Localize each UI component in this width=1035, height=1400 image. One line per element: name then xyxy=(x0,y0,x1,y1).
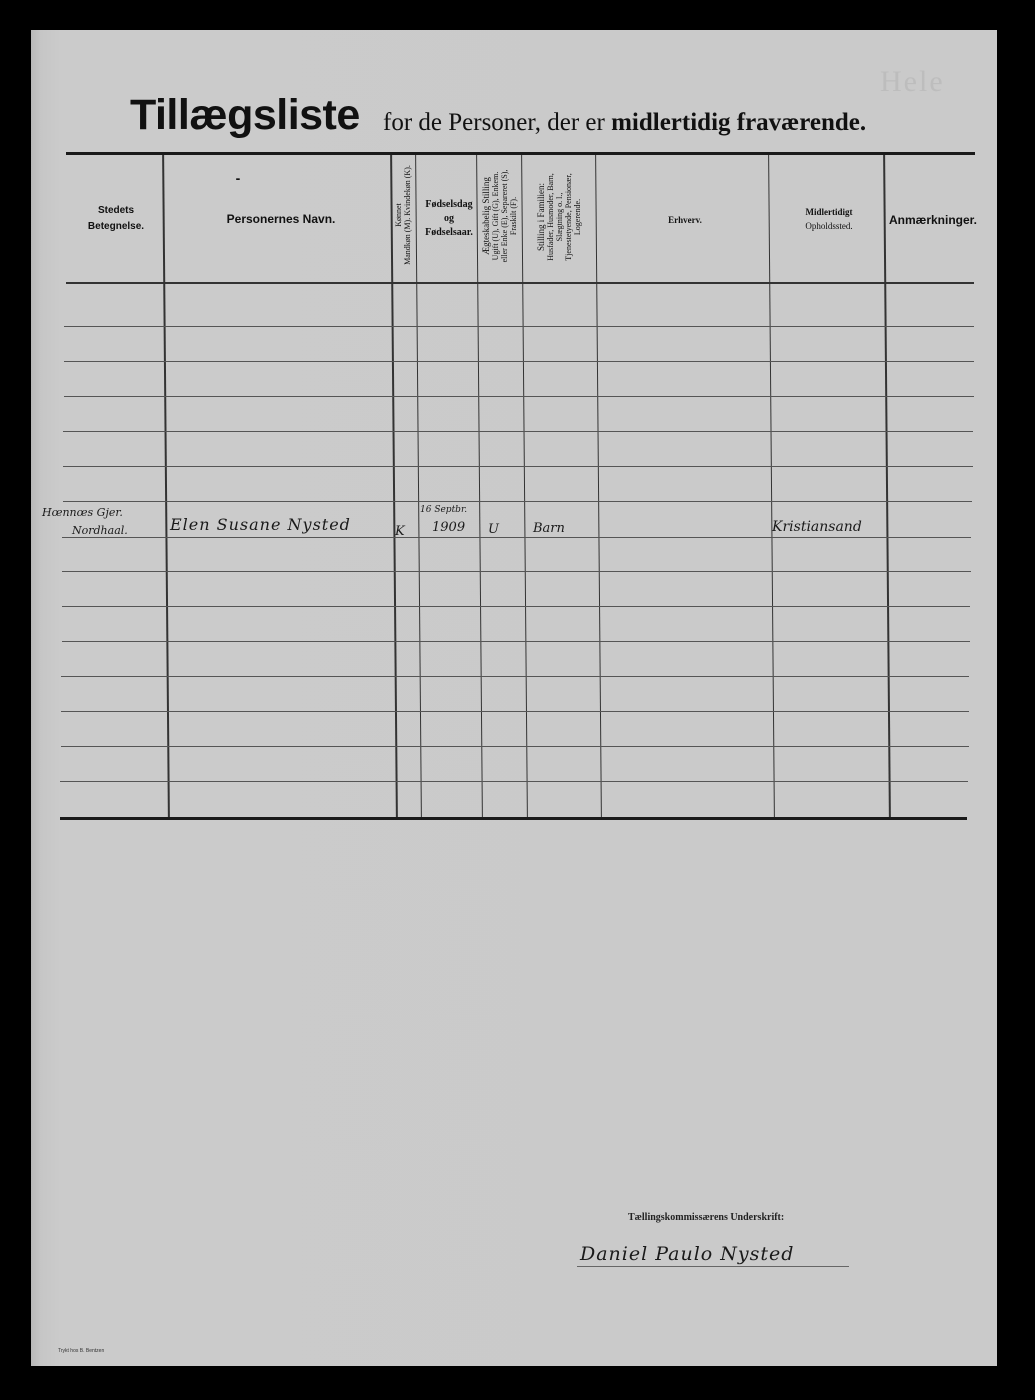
row-line xyxy=(62,537,971,538)
row-line xyxy=(64,361,974,362)
header-line: Opholdssted. xyxy=(773,219,885,233)
signature-label: Tællingskommissærens Underskrift: xyxy=(628,1212,784,1223)
entry-aegteskabelig-stilling: U xyxy=(488,522,499,537)
row-line xyxy=(62,571,971,572)
printer-mark: Trykt hos B. Bentzen xyxy=(58,1348,104,1354)
header-line: Mandkøn (M). Kvindekøn (K). xyxy=(403,155,412,275)
row-line xyxy=(61,711,969,712)
header-line: Fraskilt (F). xyxy=(509,156,518,276)
row-line xyxy=(64,396,974,397)
header-line: Stedets xyxy=(70,203,162,219)
header-line: eller Enke (E), Separeret (S), xyxy=(500,156,509,276)
header-line: Ugift (U), Gift (G), Enkem. xyxy=(491,156,500,276)
entry-stedets-betegnelse-line2: Nordhaal. xyxy=(72,524,128,537)
form-title: Tillægsliste xyxy=(130,90,360,140)
header-aegteskabelig-stilling: Ægteskabelig Stilling Ugift (U), Gift (G… xyxy=(482,156,522,276)
header-line: Slægtning o. l., xyxy=(555,157,564,277)
header-bottom-rule xyxy=(66,282,974,284)
header-erhverv: Erhverv. xyxy=(600,215,770,225)
header-line: Betegnelse. xyxy=(70,219,162,235)
row-line xyxy=(62,606,970,607)
row-line xyxy=(63,431,973,432)
row-line xyxy=(61,746,969,747)
row-line xyxy=(64,326,974,327)
header-mark: - xyxy=(228,170,248,186)
row-line xyxy=(63,501,972,502)
header-kjonnet: Kønnet Mandkøn (M). Kvindekøn (K). xyxy=(394,155,416,275)
header-stedets-betegnelse: Stedets Betegnelse. xyxy=(70,203,162,235)
header-line: Tjenestetyende, Pensionær, xyxy=(564,157,573,277)
header-stilling-i-familien: Stilling i Familien: Husfader, Husmoder,… xyxy=(537,157,587,277)
header-line: og xyxy=(420,212,478,226)
header-midlertidigt-opholdssted: Midlertidigt Opholdssted. xyxy=(773,205,885,233)
header-personernes-navn: Personernes Navn. xyxy=(170,212,392,226)
entry-stedets-betegnelse-line1: Hœnnœs Gjer. xyxy=(42,506,123,519)
header-anmaerkninger: Anmærkninger. xyxy=(889,213,977,227)
subtitle-bold: midlertidig fraværende. xyxy=(611,109,866,136)
entry-stilling-i-familien: Barn xyxy=(533,521,565,536)
table-bottom-rule xyxy=(60,817,967,820)
header-line: Logerende. xyxy=(573,157,582,277)
signature-name: Daniel Paulo Nysted xyxy=(580,1243,794,1265)
row-line xyxy=(62,641,970,642)
archive-stamp: Hele xyxy=(880,65,980,105)
subtitle-plain: for de Personer, der er xyxy=(383,109,605,136)
header-line: Fødselsdag xyxy=(420,198,478,212)
signature-line xyxy=(577,1266,849,1267)
header-line: Kønnet xyxy=(394,155,403,275)
entry-kjonnet: K xyxy=(395,524,405,539)
entry-midlertidigt-opholdssted: Kristiansand xyxy=(772,519,862,535)
entry-navn: Elen Susane Nysted xyxy=(170,515,351,534)
header-line: Husfader, Husmoder, Barn, xyxy=(546,157,555,277)
row-line xyxy=(61,676,969,677)
header-line: Midlertidigt xyxy=(773,205,885,219)
header-line: Stilling i Familien: xyxy=(537,157,546,277)
header-fodselsdag: Fødselsdag og Fødselsaar. xyxy=(420,198,478,240)
row-line xyxy=(60,781,968,782)
entry-fodselsaar: 1909 xyxy=(432,520,465,535)
form-subtitle: for de Personer, der er midlertidig frav… xyxy=(383,108,866,138)
header-line: Fødselsaar. xyxy=(420,226,478,240)
header-line: Ægteskabelig Stilling xyxy=(482,156,491,276)
row-line xyxy=(63,466,973,467)
entry-fodselsdag: 16 Septbr. xyxy=(420,505,467,515)
